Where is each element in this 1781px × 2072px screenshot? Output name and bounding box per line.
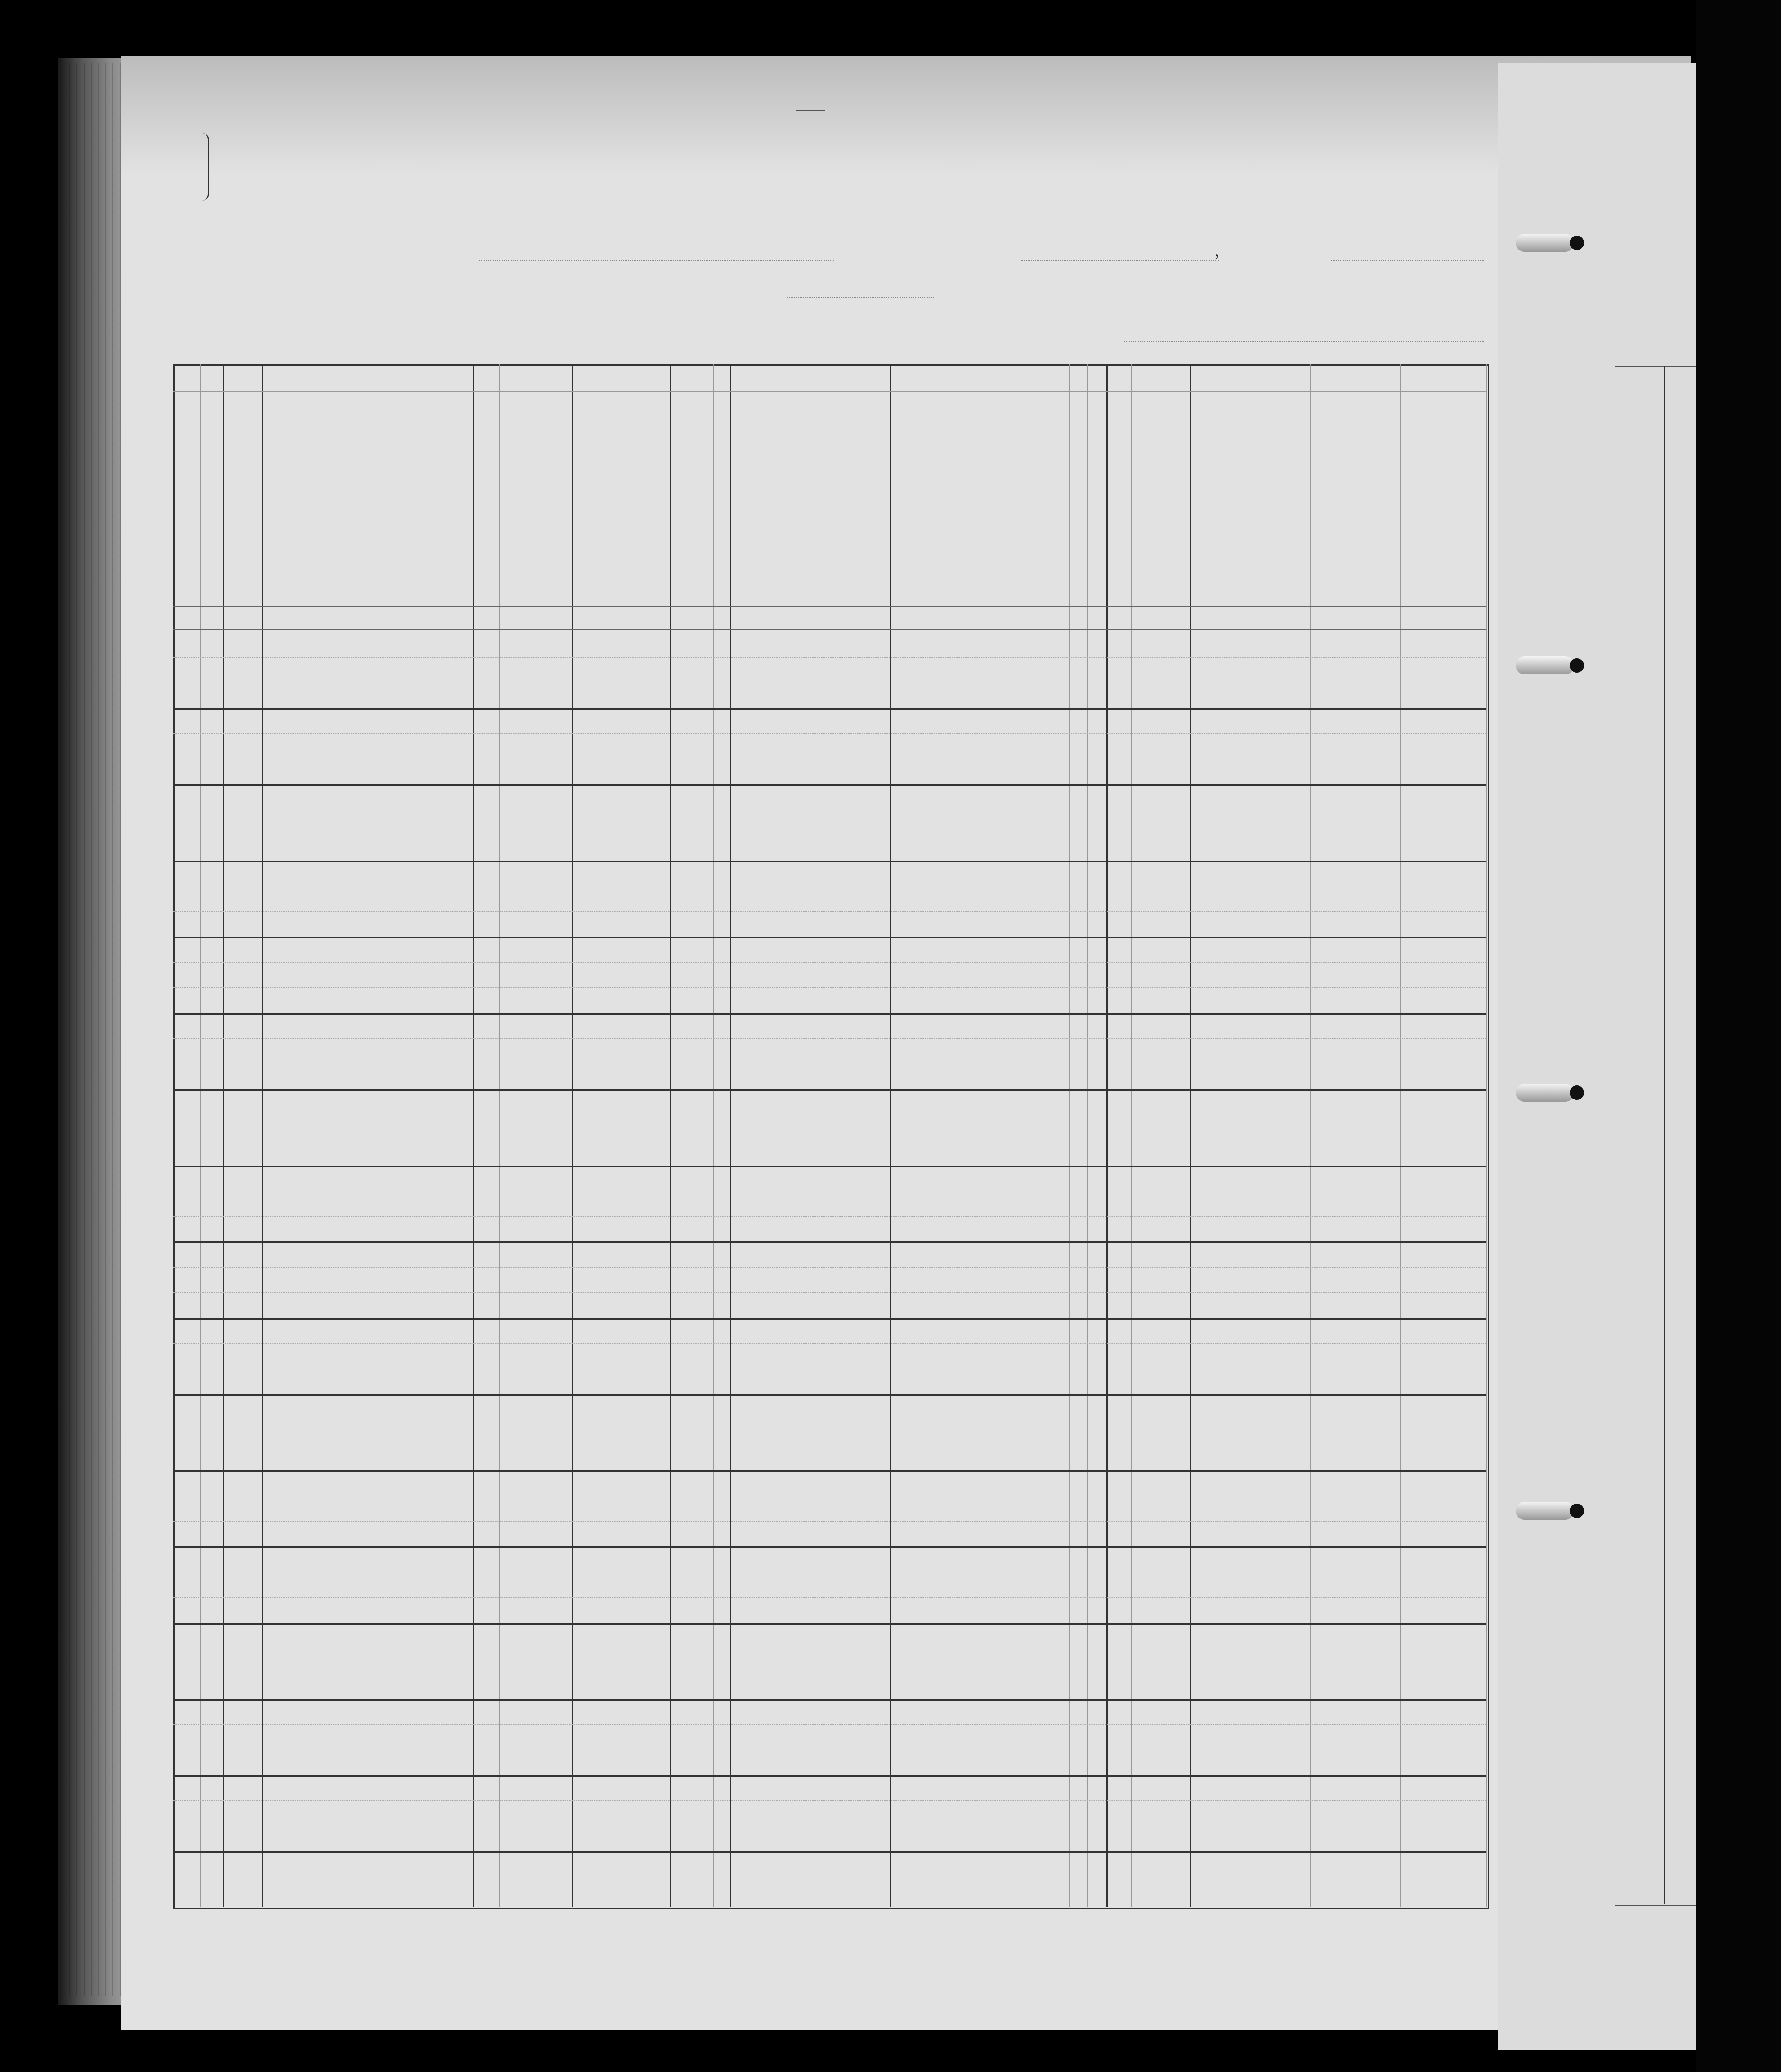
column-divider	[200, 364, 201, 1907]
row-divider	[173, 683, 1486, 683]
column-divider	[1106, 364, 1108, 1907]
row-divider	[173, 1699, 1486, 1701]
column-divider	[670, 364, 671, 1907]
kodak-film-marking	[1707, 630, 1770, 1484]
column-divider	[1069, 364, 1070, 1907]
page-top-shadow	[121, 56, 1691, 173]
row-divider	[173, 1648, 1486, 1648]
row-divider	[173, 1089, 1486, 1091]
row-divider	[173, 1445, 1486, 1445]
column-divider	[1087, 364, 1088, 1907]
row-divider	[173, 1115, 1486, 1115]
row-divider	[173, 810, 1486, 810]
column-divider	[699, 364, 699, 1907]
day-field-line	[787, 297, 935, 298]
state-field-line	[1331, 260, 1484, 261]
row-divider	[173, 657, 1486, 658]
row-divider	[173, 733, 1486, 734]
column-divider	[928, 364, 928, 1907]
column-divider	[473, 364, 474, 1907]
header-rule	[173, 606, 1486, 607]
column-divider	[1190, 364, 1191, 1907]
binder-ring-icon	[1516, 1084, 1574, 1102]
row-divider	[173, 1724, 1486, 1725]
row-divider	[173, 1318, 1486, 1320]
row-divider	[173, 1496, 1486, 1496]
row-divider	[173, 1267, 1486, 1268]
column-divider	[499, 364, 500, 1907]
adjacent-grid	[1615, 366, 1696, 1906]
column-divider	[1034, 364, 1034, 1907]
column-divider	[223, 364, 224, 1907]
row-divider	[173, 886, 1486, 886]
row-divider	[173, 1750, 1486, 1750]
row-divider	[173, 987, 1486, 988]
row-divider	[173, 835, 1486, 835]
column-divider	[572, 364, 573, 1907]
column-divider	[1131, 364, 1132, 1907]
binder-hole-icon	[1570, 1085, 1584, 1100]
header-brace	[202, 133, 209, 201]
column-divider	[1156, 364, 1156, 1907]
row-divider	[173, 962, 1486, 963]
binder-hole-icon	[1570, 236, 1584, 250]
binder-ring-icon	[1516, 1502, 1574, 1520]
row-divider	[173, 1292, 1486, 1293]
row-divider	[173, 1521, 1486, 1522]
row-divider	[173, 708, 1486, 710]
column-divider	[685, 364, 685, 1907]
row-divider	[173, 1216, 1486, 1217]
row-divider	[173, 911, 1486, 912]
column-divider	[522, 364, 522, 1907]
column-divider	[730, 364, 731, 1907]
row-divider	[173, 1343, 1486, 1344]
row-divider	[173, 1369, 1486, 1369]
row-divider	[173, 1877, 1486, 1877]
column-divider	[1400, 364, 1401, 1907]
county-field-line	[1021, 260, 1219, 261]
row-divider	[173, 1623, 1486, 1625]
form-number-rule	[796, 110, 825, 111]
row-divider	[173, 1800, 1486, 1801]
column-divider	[713, 364, 714, 1907]
binder-ring-icon	[1516, 234, 1574, 252]
row-divider	[173, 1775, 1486, 1777]
row-divider	[173, 1420, 1486, 1420]
census-table	[173, 364, 1489, 1909]
column-divider	[890, 364, 891, 1907]
row-divider	[173, 1851, 1486, 1853]
signature-line	[1124, 341, 1484, 342]
state-separator: ,	[1214, 237, 1220, 261]
row-divider	[173, 1241, 1486, 1243]
row-divider	[173, 1597, 1486, 1598]
binder-hole-icon	[1570, 1504, 1584, 1518]
header-rule	[173, 629, 1486, 630]
adjacent-grid-divider	[1664, 366, 1665, 1904]
column-divider	[1486, 364, 1487, 1907]
row-divider	[173, 937, 1486, 938]
row-divider	[173, 1038, 1486, 1039]
place-field-line	[479, 260, 834, 261]
row-divider	[173, 1394, 1486, 1396]
row-divider	[173, 759, 1486, 759]
row-divider	[173, 1546, 1486, 1548]
column-divider	[262, 364, 263, 1907]
column-divider	[550, 364, 550, 1907]
row-divider	[173, 1674, 1486, 1674]
binder-hole-icon	[1570, 658, 1584, 673]
column-divider	[1052, 364, 1052, 1907]
row-divider	[173, 1470, 1486, 1472]
row-divider	[173, 1826, 1486, 1826]
column-divider	[242, 364, 242, 1907]
row-divider	[173, 1191, 1486, 1191]
row-divider	[173, 1013, 1486, 1015]
row-divider	[173, 1572, 1486, 1572]
column-divider	[1310, 364, 1311, 1907]
header-rule	[173, 391, 1486, 392]
row-divider	[173, 1140, 1486, 1140]
row-divider	[173, 784, 1486, 786]
row-divider	[173, 1165, 1486, 1167]
row-divider	[173, 1064, 1486, 1064]
binder-ring-icon	[1516, 656, 1574, 674]
row-divider	[173, 861, 1486, 862]
